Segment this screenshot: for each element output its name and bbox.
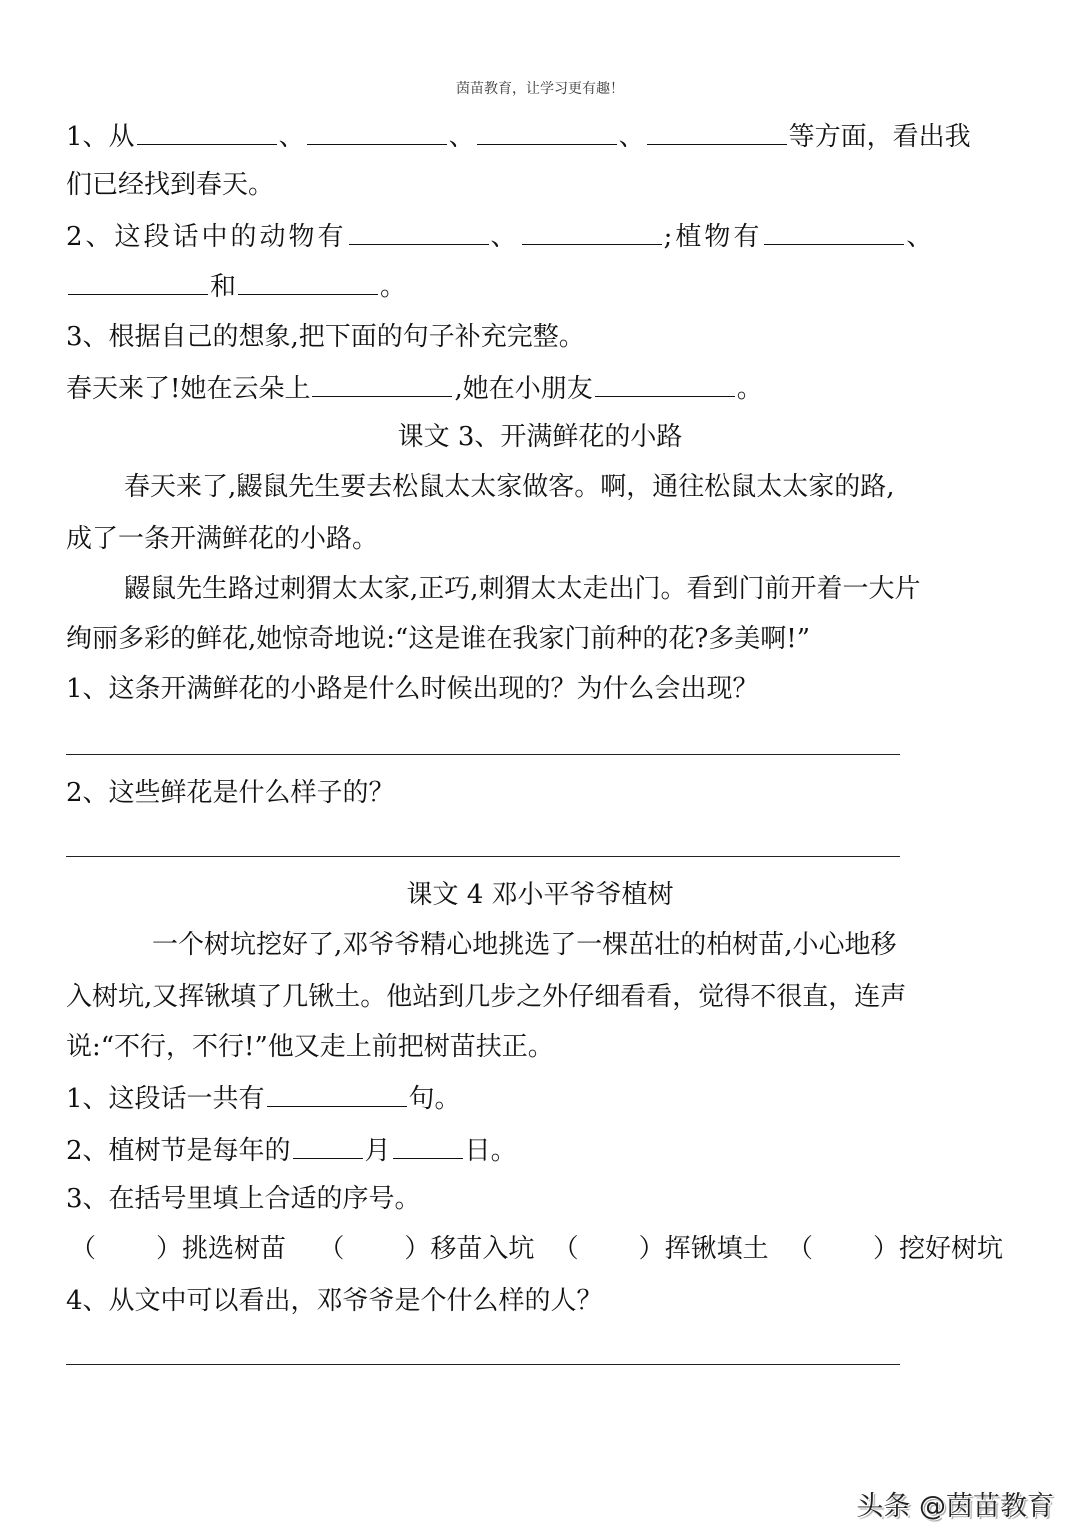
prev-q3-sentence: 春天来了!她在云朵上,她在小朋友。 [66, 370, 763, 406]
prev-q3: 3、根据自己的想象,把下面的句子补充完整。 [66, 320, 585, 354]
fill-blank[interactable] [477, 118, 617, 145]
fill-blank[interactable] [647, 118, 787, 145]
separator: 、 [491, 222, 520, 252]
watermark: 头条 @茵苗教育 [856, 1484, 1054, 1523]
paren-open: （ [553, 1234, 579, 1264]
q1-text: 1、这段话一共有 [66, 1084, 265, 1114]
lesson3-para2-line1: 鼹鼠先生路过刺猬太太家,正巧,刺猬太太走出门。看到门前开着一大片 [124, 572, 921, 606]
fill-blank[interactable] [267, 1080, 407, 1107]
q2-end: 。 [380, 272, 406, 302]
paren-close: ） [873, 1234, 899, 1264]
day-label: 日。 [465, 1136, 517, 1166]
fill-blank-day[interactable] [393, 1132, 463, 1159]
sentence-part-b: ,她在小朋友 [454, 374, 592, 404]
lesson4-para-line1: 一个树坑挖好了,邓爷爷精心地挑选了一棵茁壮的柏树苗,小心地移 [152, 928, 897, 962]
lesson4-q4: 4、从文中可以看出，邓爷爷是个什么样的人？ [66, 1284, 603, 1318]
fill-blank[interactable] [312, 370, 452, 397]
paren-close: ） [404, 1234, 430, 1264]
paren-open: （ [787, 1234, 813, 1264]
order-item: （）挖好树坑 [787, 1234, 1003, 1264]
question-number: 1、 [66, 122, 109, 152]
paren-close: ） [156, 1234, 182, 1264]
lesson4-para-line2: 入树坑,又挥锹填了几锹土。他站到几步之外仔细看看，觉得不很直，连声 [66, 980, 906, 1014]
paren-open: （ [318, 1234, 344, 1264]
q1-unit: 句。 [409, 1084, 461, 1114]
prev-q1-line1: 1、从、、、等方面，看出我 [66, 118, 971, 154]
lesson3-q1: 1、这条开满鲜花的小路是什么时候出现的？为什么会出现？ [66, 672, 759, 706]
fill-blank[interactable] [764, 218, 904, 245]
lesson3-para2-line2: 绚丽多彩的鲜花,她惊奇地说:“这是谁在我家门前种的花?多美啊!” [66, 622, 810, 656]
q2-mid: ;植物有 [664, 222, 763, 252]
q2-text: 2、植树节是每年的 [66, 1136, 291, 1166]
separator: 、 [619, 122, 645, 152]
lesson3-para1-line2: 成了一条开满鲜花的小路。 [66, 522, 378, 556]
paren-open: （ [70, 1234, 96, 1264]
lesson3-q2: 2、这些鲜花是什么样子的？ [66, 776, 395, 810]
fill-blank[interactable] [238, 268, 378, 295]
order-label: 挥锹填土 [665, 1234, 769, 1264]
prev-q2-line2: 和。 [66, 268, 406, 304]
separator: 、 [279, 122, 305, 152]
order-label: 挖好树坑 [899, 1234, 1003, 1264]
fill-blank-month[interactable] [293, 1132, 363, 1159]
answer-line-lesson3-q1[interactable] [66, 754, 900, 755]
q2-prefix: 2、这段话中的动物有 [66, 222, 347, 252]
answer-line-lesson4-q4[interactable] [66, 1364, 900, 1365]
prev-q2-line1: 2、这段话中的动物有、;植物有、 [66, 218, 935, 254]
lesson3-title: 课文 3、开满鲜花的小路 [0, 420, 1080, 454]
prev-q1-line2: 们已经找到春天。 [66, 168, 274, 202]
fill-blank[interactable] [522, 218, 662, 245]
order-item: （）挥锹填土 [553, 1234, 777, 1264]
lesson4-q1: 1、这段话一共有句。 [66, 1080, 461, 1116]
order-items-row: （）挑选树苗 （）移苗入坑 （）挥锹填土 （）挖好树坑 [70, 1232, 1003, 1266]
separator: 、 [906, 222, 935, 252]
fill-blank[interactable] [307, 118, 447, 145]
fill-blank[interactable] [595, 370, 735, 397]
order-item: （）挑选树苗 [70, 1234, 294, 1264]
lesson3-para1-line1: 春天来了,鼹鼠先生要去松鼠太太家做客。啊，通往松鼠太太家的路, [124, 470, 895, 504]
header-note: 茵苗教育，让学习更有趣！ [0, 78, 1080, 98]
lesson4-para-line3: 说:“不行，不行!”他又走上前把树苗扶正。 [66, 1030, 554, 1064]
fill-blank[interactable] [137, 118, 277, 145]
q2-and: 和 [210, 272, 236, 302]
month-label: 月 [365, 1136, 391, 1166]
fill-blank[interactable] [68, 268, 208, 295]
lesson4-q2: 2、植树节是每年的月日。 [66, 1132, 517, 1168]
q1-prefix: 从 [109, 122, 135, 152]
lesson4-q3: 3、在括号里填上合适的序号。 [66, 1182, 421, 1216]
lesson4-title: 课文 4 邓小平爷爷植树 [0, 878, 1080, 912]
paren-close: ） [639, 1234, 665, 1264]
answer-line-lesson3-q2[interactable] [66, 856, 900, 857]
sentence-part-a: 春天来了!她在云朵上 [66, 374, 310, 404]
separator: 、 [449, 122, 475, 152]
order-label: 挑选树苗 [182, 1234, 286, 1264]
order-item: （）移苗入坑 [318, 1234, 542, 1264]
sentence-end: 。 [737, 374, 763, 404]
order-label: 移苗入坑 [430, 1234, 534, 1264]
q1-suffix: 等方面，看出我 [789, 122, 971, 152]
fill-blank[interactable] [349, 218, 489, 245]
